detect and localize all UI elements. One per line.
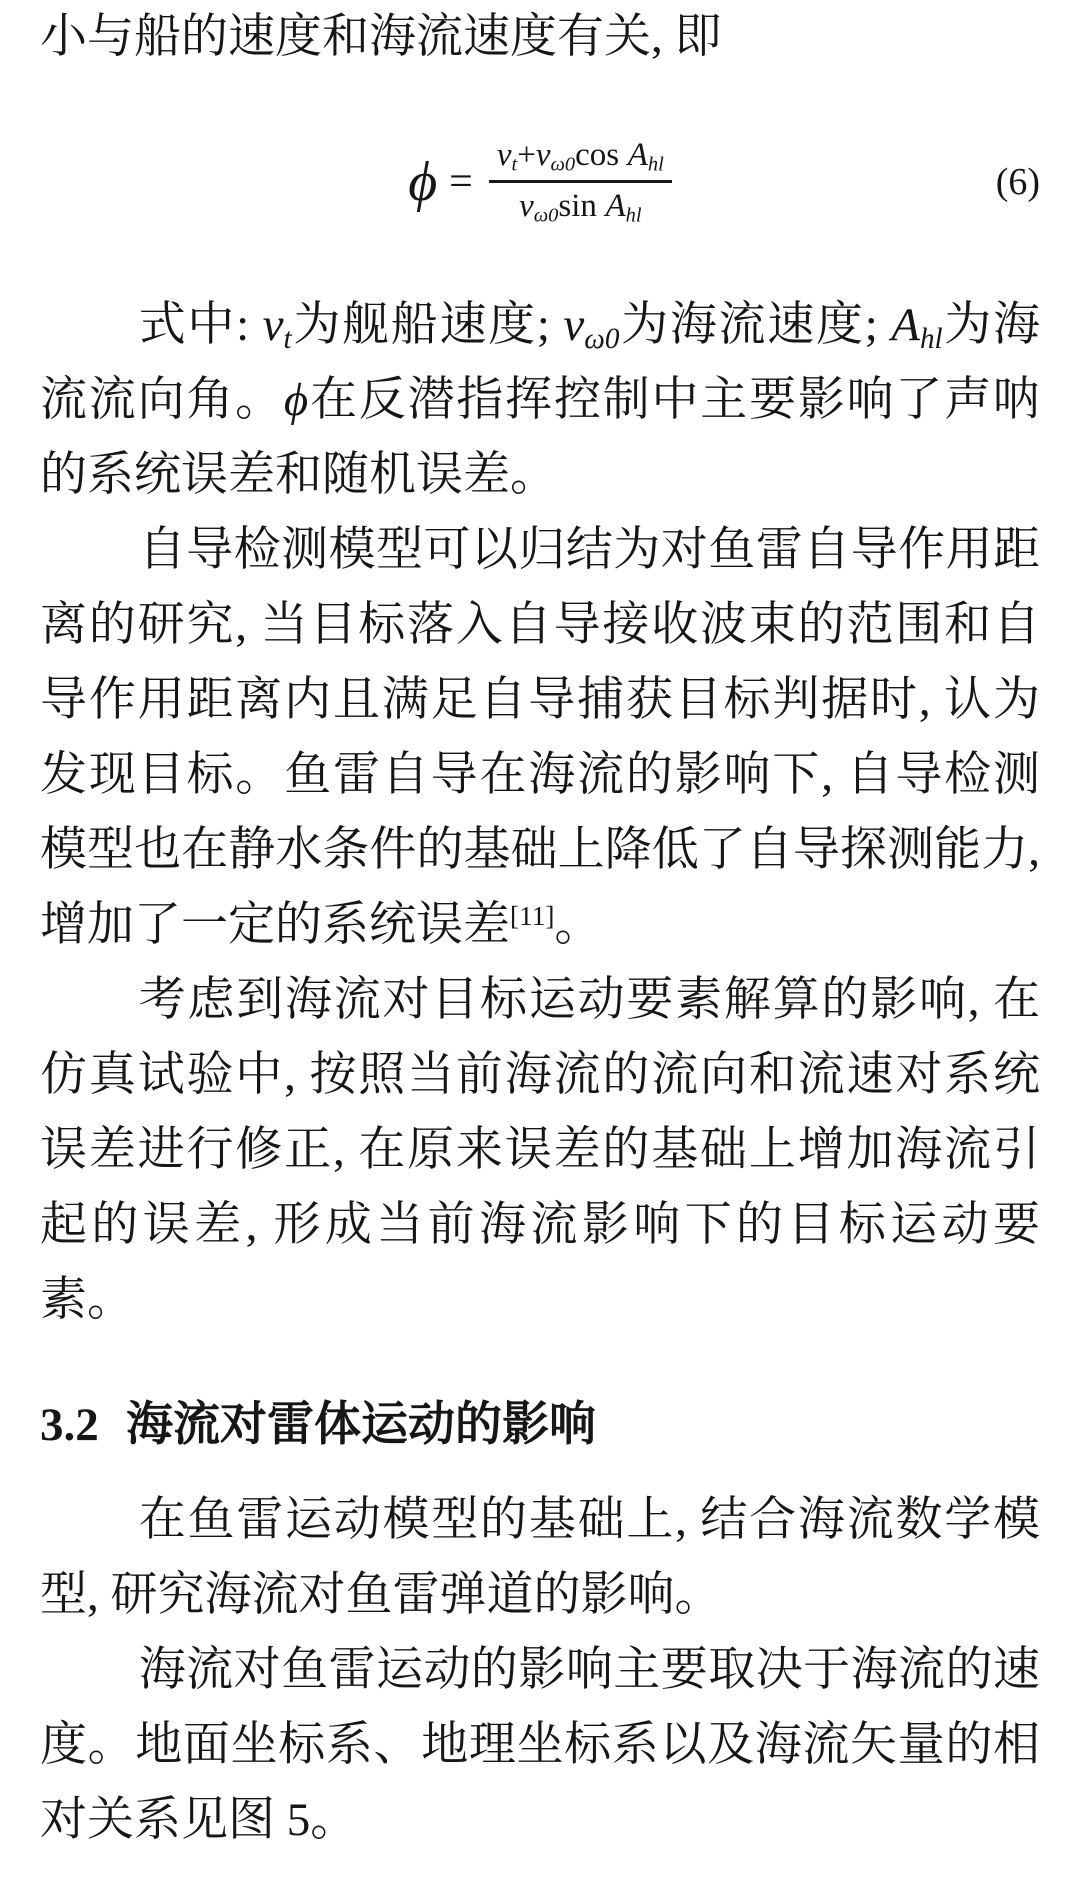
- correction-text: 考虑到海流对目标运动要素解算的影响, 在仿真试验中, 按照当前海流的流向和流速对…: [40, 974, 1040, 1326]
- homing-text-end: 。: [554, 899, 601, 951]
- equation-block: ϕ=vt+vω0cosAhlvω0sinAhl (6): [40, 75, 1040, 288]
- homing-text: 自导检测模型可以归结为对鱼雷自导作用距离的研究, 当目标落入自导接收波束的范围和…: [40, 524, 1040, 951]
- intro-text: 小与船的速度和海流速度有关, 即: [40, 11, 722, 63]
- plus-sign: +: [517, 137, 536, 173]
- subscript-hl: hl: [648, 154, 664, 176]
- paper-page: 小与船的速度和海流速度有关, 即 ϕ=vt+vω0cosAhlvω0sinAhl…: [0, 0, 1080, 1894]
- section-heading-3-2: 3.2海流对雷体运动的影响: [40, 1388, 1040, 1463]
- where-label: 式中:: [139, 299, 263, 351]
- var-v: v: [497, 137, 512, 173]
- paragraph-symbol-definitions: 式中: vt为舰船速度; vω0为海流速度; Ahl为海流流向角。ϕ在反潜指挥控…: [40, 288, 1040, 513]
- fraction: vt+vω0cosAhlvω0sinAhl: [489, 137, 672, 226]
- subscript-omega0: ω0: [534, 205, 559, 227]
- paragraph-current-effect: 海流对鱼雷运动的影响主要取决于海流的速度。地面坐标系、地理坐标系以及海流矢量的相…: [40, 1633, 1040, 1858]
- fraction-numerator: vt+vω0cosAhl: [489, 137, 672, 183]
- var-A: A: [605, 188, 625, 224]
- equation-body: ϕ=vt+vω0cosAhlvω0sinAhl: [408, 137, 672, 226]
- subscript-t: t: [284, 323, 292, 355]
- definition-text: 为海流速度;: [619, 299, 891, 351]
- section-title: 海流对雷体运动的影响: [126, 1399, 596, 1451]
- var-A: A: [628, 137, 648, 173]
- fraction-denominator: vω0sinAhl: [511, 183, 649, 226]
- torpedo-model-text: 在鱼雷运动模型的基础上, 结合海流数学模型, 研究海流对鱼雷弹道的影响。: [40, 1494, 1040, 1621]
- subscript-hl: hl: [920, 323, 943, 355]
- paragraph-torpedo-model: 在鱼雷运动模型的基础上, 结合海流数学模型, 研究海流对鱼雷弹道的影响。: [40, 1483, 1040, 1633]
- var-v: v: [536, 137, 551, 173]
- var-v: v: [563, 299, 584, 351]
- definition-text: 为舰船速度;: [292, 299, 564, 351]
- citation-ref-11: [11]: [510, 901, 554, 931]
- sin-function: sin: [558, 188, 597, 224]
- var-v: v: [263, 299, 284, 351]
- subscript-hl: hl: [626, 205, 642, 227]
- var-v: v: [519, 188, 534, 224]
- equation-number: (6): [996, 163, 1040, 201]
- var-A: A: [891, 299, 920, 351]
- cos-function: cos: [575, 137, 619, 173]
- section-number: 3.2: [40, 1399, 99, 1451]
- phi-symbol: ϕ: [408, 154, 437, 210]
- subscript-omega0: ω0: [584, 323, 619, 355]
- paragraph-intro-continuation: 小与船的速度和海流速度有关, 即: [40, 0, 1040, 75]
- phi-symbol-inline: ϕ: [284, 374, 308, 426]
- paragraph-homing-detection: 自导检测模型可以归结为对鱼雷自导作用距离的研究, 当目标落入自导接收波束的范围和…: [40, 513, 1040, 963]
- equals-sign: =: [449, 161, 473, 203]
- subscript-omega0: ω0: [550, 154, 575, 176]
- paragraph-error-correction: 考虑到海流对目标运动要素解算的影响, 在仿真试验中, 按照当前海流的流向和流速对…: [40, 963, 1040, 1338]
- current-effect-text: 海流对鱼雷运动的影响主要取决于海流的速度。地面坐标系、地理坐标系以及海流矢量的相…: [40, 1644, 1040, 1846]
